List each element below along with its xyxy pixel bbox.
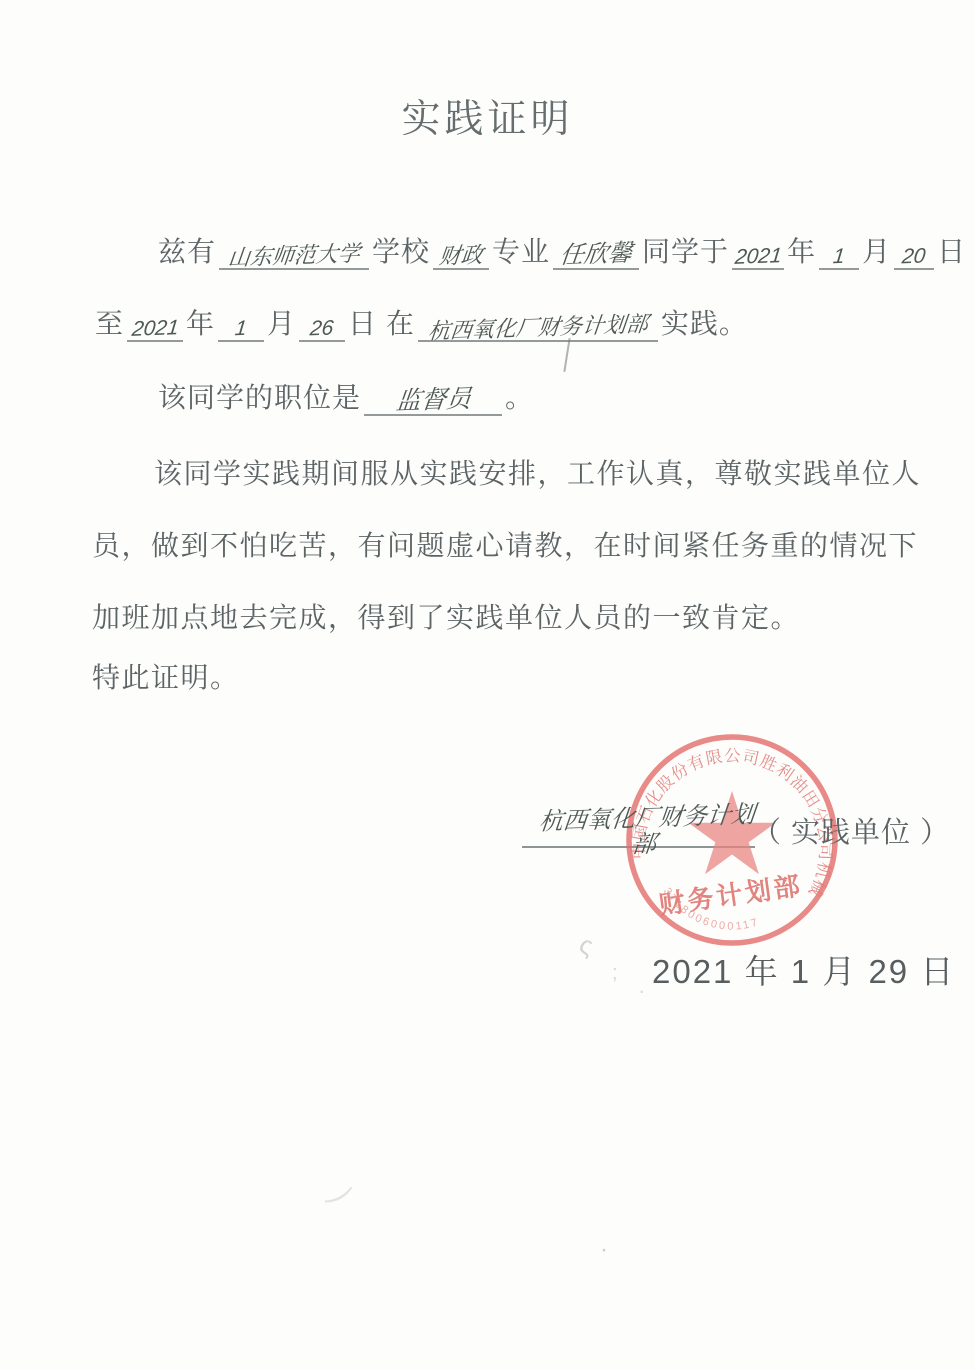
major-handwritten: 财政 xyxy=(438,243,485,269)
pencil-smudge: · xyxy=(638,978,645,1004)
certificate-page: 实践证明 兹有 山东师范大学 学校 财政 专业 任欣馨 同学于 2021 年 1… xyxy=(0,0,975,1370)
major-blank: 财政 xyxy=(433,234,489,270)
student-name-handwritten: 任欣馨 xyxy=(559,240,634,269)
start-year-handwritten: 2021 xyxy=(733,244,782,269)
body-line-2: 员，做到不怕吃苦，有问题虚心请教，在时间紧任务重的情况下 xyxy=(92,524,912,564)
student-name-blank: 任欣馨 xyxy=(553,234,639,270)
end-year-handwritten: 2021 xyxy=(130,316,179,341)
page-title: 实践证明 xyxy=(0,88,975,144)
position-handwritten: 监督员 xyxy=(394,385,472,415)
text-yue-1: 月 xyxy=(859,230,894,270)
end-year-blank: 2021 xyxy=(127,306,183,342)
text-xuexiao: 学校 xyxy=(369,230,433,270)
pencil-smudge: ‿ xyxy=(310,1158,353,1206)
intro-line-2: 至 2021 年 1 月 26 日 在 杭西氧化厂财务计划部 实践。 xyxy=(92,302,751,342)
pencil-smudge: ς xyxy=(576,929,597,962)
text-zihou: 兹有 xyxy=(155,230,219,270)
practice-unit-label: （ 实践单位 ） xyxy=(752,810,950,851)
handwriting-stroke-tail xyxy=(563,338,570,372)
text-nian-2: 年 xyxy=(183,302,218,342)
text-tongxueyu: 同学于 xyxy=(639,230,732,270)
intro-line-1: 兹有 山东师范大学 学校 财政 专业 任欣馨 同学于 2021 年 1 月 20… xyxy=(155,230,969,270)
start-year-blank: 2021 xyxy=(732,234,784,270)
text-shijian: 实践。 xyxy=(658,302,751,342)
start-day-handwritten: 20 xyxy=(901,244,927,268)
text-zhi: 至 xyxy=(92,302,127,342)
pencil-smudge: · xyxy=(600,1236,608,1264)
closing-line: 特此证明。 xyxy=(92,656,912,696)
text-ri-1: 日 xyxy=(934,230,969,270)
position-label: 该同学的职位是 xyxy=(155,376,364,416)
start-month-handwritten: 1 xyxy=(832,245,846,269)
start-month-blank: 1 xyxy=(819,234,859,270)
position-period: 。 xyxy=(502,376,537,416)
practice-place-handwritten: 杭西氧化厂财务计划部 xyxy=(427,312,649,344)
issue-date: 2021 年 1 月 29 日 xyxy=(652,946,955,993)
end-month-blank: 1 xyxy=(218,306,264,342)
school-blank: 山东师范大学 xyxy=(219,234,369,270)
pencil-smudge: ; xyxy=(612,962,618,985)
position-blank: 监督员 xyxy=(364,380,502,416)
body-line-1: 该同学实践期间服从实践安排，工作认真，尊敬实践单位人 xyxy=(92,452,974,492)
end-day-blank: 26 xyxy=(299,306,345,342)
start-day-blank: 20 xyxy=(894,234,934,270)
body-line-3: 加班加点地去完成，得到了实践单位人员的一致肯定。 xyxy=(92,596,912,636)
position-line: 该同学的职位是 监督员 。 xyxy=(155,376,537,416)
signature-unit-handwritten: 杭西氧化厂财务计划部 xyxy=(525,802,765,863)
practice-place-blank: 杭西氧化厂财务计划部 xyxy=(418,306,658,342)
end-month-handwritten: 1 xyxy=(234,317,248,341)
text-rizai: 日 在 xyxy=(345,302,418,342)
text-yue-2: 月 xyxy=(264,302,299,342)
end-day-handwritten: 26 xyxy=(309,316,335,340)
text-zhuanye: 专业 xyxy=(489,230,553,270)
text-nian-1: 年 xyxy=(784,230,819,270)
school-handwritten: 山东师范大学 xyxy=(227,241,361,270)
